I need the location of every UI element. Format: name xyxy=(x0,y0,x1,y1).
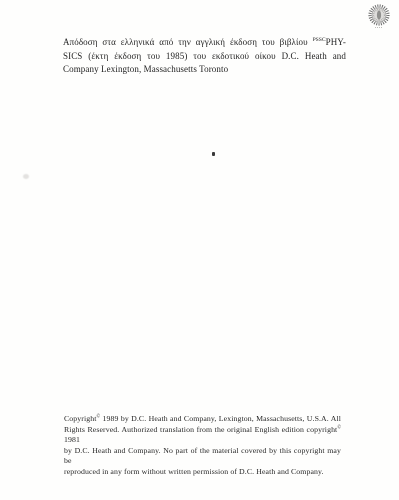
copyright-line-4: reproduced in any form without written p… xyxy=(64,467,341,478)
book-copyright-page: Απόδοση στα ελληνικά από την αγγλική έκδ… xyxy=(0,0,399,500)
translation-note-text: PHY- xyxy=(326,37,346,47)
copyright-text: reproduced in any form without written p… xyxy=(64,467,324,476)
pssc-superscript: PSSC xyxy=(313,37,326,43)
translation-note-line-1: Απόδοση στα ελληνικά από την αγγλική έκδ… xyxy=(63,36,346,50)
copyright-text: by D.C. Heath and Company. No part of th… xyxy=(64,446,341,466)
copyright-symbol: © xyxy=(337,425,341,430)
translation-note-line-2: SICS (έκτη έκδοση του 1985) του εκδοτικο… xyxy=(63,50,346,64)
copyright-line-1: Copyright© 1989 by D.C. Heath and Compan… xyxy=(64,414,341,425)
translation-note: Απόδοση στα ελληνικά από την αγγλική έκδ… xyxy=(63,36,346,77)
copyright-line-2: Rights Reserved. Authorized translation … xyxy=(64,425,341,446)
publisher-seal-icon xyxy=(367,4,391,30)
copyright-line-3: by D.C. Heath and Company. No part of th… xyxy=(64,446,341,467)
copyright-text: 1989 by D.C. Heath and Company, Lexingto… xyxy=(100,414,341,423)
faint-ink-speck xyxy=(23,174,29,179)
translation-note-text: Απόδοση στα ελληνικά από την αγγλική έκδ… xyxy=(63,37,313,47)
copyright-text: Copyright xyxy=(64,414,97,423)
ink-speck xyxy=(212,152,215,156)
translation-note-text: Company Lexington, Massachusetts Toronto xyxy=(63,64,228,74)
copyright-notice: Copyright© 1989 by D.C. Heath and Compan… xyxy=(64,414,341,477)
translation-note-text: SICS (έκτη έκδοση του 1985) του εκδοτικο… xyxy=(63,51,346,61)
translation-note-line-3: Company Lexington, Massachusetts Toronto xyxy=(63,63,346,77)
copyright-text: Rights Reserved. Authorized translation … xyxy=(64,425,337,434)
copyright-text: 1981 xyxy=(64,435,80,444)
